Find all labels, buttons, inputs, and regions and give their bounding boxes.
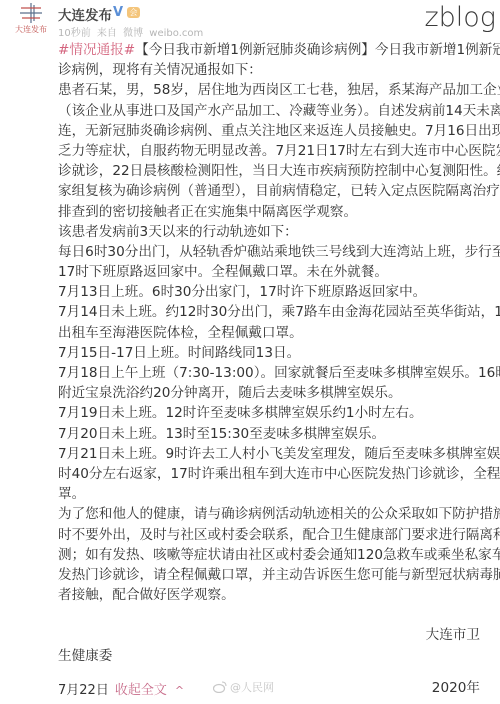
post-line: 7月14日未上班。约12时30分出门，乘7路车由金海花园站至英华街站，13时许乘 xyxy=(58,302,494,322)
post-line: 乏力等症状，自服药物无明显改善。7月21日17时左右到大连市中心医院发热门 xyxy=(58,141,494,161)
post-line: 发热门诊就诊，请全程佩戴口罩，并主动告诉医生您可能与新型冠状病毒肺炎患 xyxy=(58,565,494,585)
post-line: 患者石某，男，58岁，居住地为西岗区工七巷，独居，系某海产品加工企业员工 xyxy=(58,80,494,100)
verified-icon: V xyxy=(113,5,123,20)
post-line: 7月13日上班。6时30分出家门，17时许下班原路返回家中。 xyxy=(58,282,494,302)
post-line: 测；如有发热、咳嗽等症状请由社区或村委会通知120急救车或乘坐私家车到医院 xyxy=(58,545,494,565)
signature-line-1: 大连市卫 xyxy=(58,625,494,645)
post-line: 每日6时30分出门，从轻轨香炉礁站乘地铁三号线到大连湾站上班，步行至单位。 xyxy=(58,242,494,262)
avatar[interactable]: 大连发布 xyxy=(8,2,54,38)
post-line: （该企业从事进口及国产水产品加工、冷藏等业务）。自述发病前14天未离开大 xyxy=(58,101,494,121)
signature-line-2: 生健康委 xyxy=(58,646,494,666)
source-watermark-text: @人民网 xyxy=(230,681,274,694)
hashtag-link[interactable]: #情况通报# xyxy=(58,42,135,58)
zblog-watermark: zblog xyxy=(424,2,496,33)
post-line: 家组复核为确诊病例（普通型），目前病情稳定，已转入定点医院隔离治疗。对 xyxy=(58,181,494,201)
post-line: 7月20日未上班。13时至15:30至麦味多棋牌室娱乐。 xyxy=(58,424,494,444)
post-line: 诊就诊，22日晨核酸检测阳性，当日大连市疾病预防控制中心复测阳性。经省专 xyxy=(58,161,494,181)
image-source-watermark: @人民网 xyxy=(213,679,274,695)
post-time[interactable]: 10秒前 xyxy=(58,28,91,39)
source-prefix: 来自 xyxy=(97,28,117,39)
spacer xyxy=(58,605,494,625)
weibo-logo-icon xyxy=(213,681,227,693)
source-name[interactable]: 微博 xyxy=(123,28,143,39)
post-line: 连，无新冠肺炎确诊病例、重点关注地区来返连人员接触史。7月16日出现发热、 xyxy=(58,121,494,141)
post-line: 者接触，配合做好医学观察。 xyxy=(58,585,494,605)
post-meta: 10秒前 来自 微博 weibo.com xyxy=(58,24,206,39)
post-line: 为了您和他人的健康，请与确诊病例活动轨迹相关的公众采取如下防护措施：暂 xyxy=(58,504,494,524)
post-line: 7月21日未上班。9时许去工人村小飞美发室理发，随后至麦味多棋牌室娱乐。12 xyxy=(58,444,494,464)
avatar-label: 大连发布 xyxy=(8,25,54,35)
post-line: 诊病例，现将有关情况通报如下： xyxy=(58,60,494,80)
user-name-link[interactable]: 大连发布 xyxy=(58,4,112,24)
post-body: #情况通报#【今日我市新增1例新冠肺炎确诊病例】今日我市新增1例新冠肺炎确 诊病… xyxy=(58,40,494,698)
post-date: 7月22日 xyxy=(58,683,109,698)
post-line: 7月19日未上班。12时许至麦味多棋牌室娱乐约1小时左右。 xyxy=(58,403,494,423)
post-footer: 7月22日收起全文^ @人民网 xyxy=(58,679,488,699)
chevron-up-icon[interactable]: ^ xyxy=(175,684,184,697)
post-line: 出租车至海港医院体检，全程佩戴口罩。 xyxy=(58,323,494,343)
post-line: 罩。 xyxy=(58,484,494,504)
post-line: #情况通报#【今日我市新增1例新冠肺炎确诊病例】今日我市新增1例新冠肺炎确 xyxy=(58,40,494,60)
dalian-logo-icon xyxy=(18,2,44,24)
vip-member-icon: 会 xyxy=(127,7,140,18)
post-line: 时不要外出，及时与社区或村委会联系，配合卫生健康部门要求进行隔离和检 xyxy=(58,525,494,545)
post-line: 附近宝泉洗浴约20分钟离开，随后去麦味多棋牌室娱乐。 xyxy=(58,383,494,403)
post-line: 7月15日-17日上班。时间路线同13日。 xyxy=(58,343,494,363)
collapse-full-text-link[interactable]: 收起全文 xyxy=(115,683,167,698)
post-line: 7月18日上午上班（7:30-13:00）。回家就餐后至麦味多棋牌室娱乐。16时… xyxy=(58,363,494,383)
post-line: 时40分左右返家，17时许乘出租车到大连市中心医院发热门诊就诊，全程佩戴口 xyxy=(58,464,494,484)
source-domain: weibo.com xyxy=(149,28,203,39)
post-line: 17时下班原路返回家中。全程佩戴口罩。未在外就餐。 xyxy=(58,262,494,282)
post-header: 大连发布 大连发布 V 会 10秒前 来自 微博 weibo.com xyxy=(0,0,380,40)
post-line: 该患者发病前3天以来的行动轨迹如下： xyxy=(58,222,494,242)
post-line: 排查到的密切接触者正在实施集中隔离医学观察。 xyxy=(58,202,494,222)
